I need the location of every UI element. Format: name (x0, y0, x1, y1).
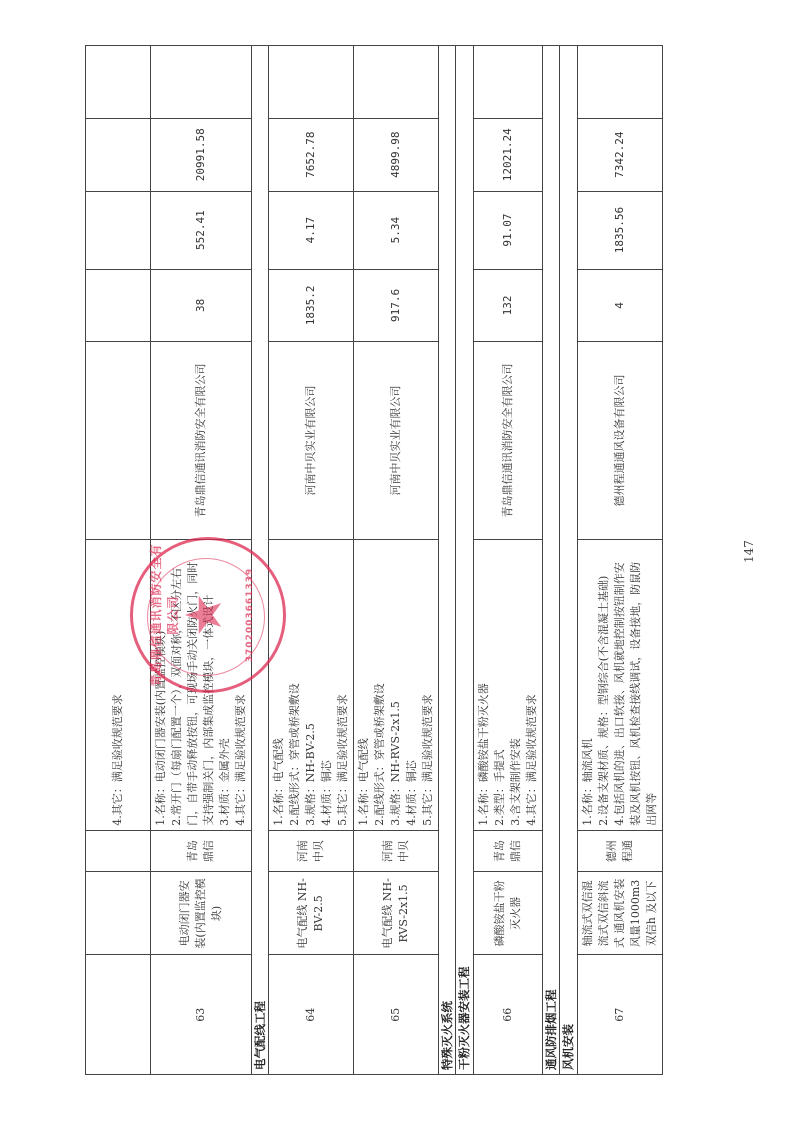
section-header-row: 电气配线工程 (251, 46, 269, 1075)
feature-line: 1.名称：轴流风机 (580, 544, 596, 826)
cell-unit-price: 552.41 (151, 191, 252, 269)
feature-line: 4.其它：满足验收规范要求 (524, 544, 540, 826)
cell-name: 电气配线 NH-RVS-2x1.5 (353, 872, 438, 955)
cell-features: 1.名称：电气配线2.配线形式：穿管或桥架敷设3.规格：NH-RVS-2x1.5… (353, 539, 438, 830)
cell-unit-price: 4.17 (269, 191, 354, 269)
cell-manufacturer: 青岛鼎信通讯消防安全有限公司 (474, 342, 543, 539)
page-number: 147 (742, 540, 756, 563)
feature-line: 支持强制关门，内部集成监控模块，一体式设计 (201, 544, 217, 826)
cell-brand (86, 830, 151, 872)
feature-line: 1.名称：磷酸铵盐干粉灭火器 (476, 544, 492, 826)
table-row: 67轴流式双信混流式双信斜流式 通风机安装 风量1000m3双信h 及以下德州程… (578, 46, 663, 1075)
feature-line: 4.包括风机的进、出口软接、风机就地控制按钮制作安 (612, 544, 628, 826)
cell-brand: 青岛鼎信 (151, 830, 252, 872)
feature-line: 5.其它：满足验收规范要求 (420, 544, 436, 826)
feature-line: 4.其它：满足验收规范要求 (233, 544, 249, 826)
cell-quantity (86, 269, 151, 342)
cell-name: 磷酸铵盐干粉灭火器 (474, 872, 543, 955)
cell-brand: 河南中贝 (353, 830, 438, 872)
cell-unit-price: 91.07 (474, 191, 543, 269)
cell-manufacturer (86, 342, 151, 539)
feature-line: 3.规格：NH-BV-2.5 (303, 544, 319, 826)
cell-name: 电动闭门器安装(内置监控模块) (151, 872, 252, 955)
cell-manufacturer: 河南中贝实业有限公司 (353, 342, 438, 539)
cell-brand: 青岛鼎信 (474, 830, 543, 872)
feature-line: 装及风机按钮、风机检查接线调试，设备接地，防鼠防 (628, 544, 644, 826)
cell-features: 1.名称：电动闭门器安装(内置监控模块)2.常开门（每扇门配置一个），双面对称，… (151, 539, 252, 830)
table-row: 64电气配线 NH-BV-2.5河南中贝1.名称：电气配线2.配线形式：穿管或桥… (269, 46, 354, 1075)
cell-remark (269, 46, 354, 119)
cell-features: 1.名称：磷酸铵盐干粉灭火器2.类型：手提式3.含支架制作安装4.其它：满足验收… (474, 539, 543, 830)
cell-quantity: 917.6 (353, 269, 438, 342)
feature-line: 2.配线形式：穿管或桥架敷设 (372, 544, 388, 826)
cell-remark (474, 46, 543, 119)
cell-manufacturer: 德州程通通风设备有限公司 (578, 342, 663, 539)
cell-total: 7652.78 (269, 118, 354, 191)
bill-of-quantities-table: 4.其它：满足验收规范要求 63电动闭门器安装(内置监控模块)青岛鼎信1.名称：… (85, 45, 663, 1075)
feature-line: 4.材质：铜芯 (319, 544, 335, 826)
section-header-row: 特殊灭火系统 (438, 46, 456, 1075)
feature-line: 5.其它：满足验收规范要求 (335, 544, 351, 826)
rotated-landscape-page: 4.其它：满足验收规范要求 63电动闭门器安装(内置监控模块)青岛鼎信1.名称：… (0, 0, 794, 1123)
feature-line: 出网等 (644, 544, 660, 826)
cell-remark (151, 46, 252, 119)
feature-line: 1.名称：电气配线 (356, 544, 372, 826)
cell-no: 65 (353, 955, 438, 1075)
cell-name: 电气配线 NH-BV-2.5 (269, 872, 354, 955)
cell-total (86, 118, 151, 191)
table-row: 63电动闭门器安装(内置监控模块)青岛鼎信1.名称：电动闭门器安装(内置监控模块… (151, 46, 252, 1075)
feature-line: 3.规格：NH-RVS-2x1.5 (388, 544, 404, 826)
feature-line: 1.名称：电动闭门器安装(内置监控模块) (153, 544, 169, 826)
section-header-row: 通风防排烟工程 (542, 46, 560, 1075)
cell-name: 轴流式双信混流式双信斜流式 通风机安装 风量1000m3双信h 及以下 (578, 872, 663, 955)
cell-total: 7342.24 (578, 118, 663, 191)
section-header-row: 干粉灭火器安装工程 (456, 46, 474, 1075)
cell-manufacturer: 青岛鼎信通讯消防安全有限公司 (151, 342, 252, 539)
feature-line: 2.配线形式：穿管或桥架敷设 (287, 544, 303, 826)
cell-features: 1.名称：电气配线2.配线形式：穿管或桥架敷设3.规格：NH-BV-2.54.材… (269, 539, 354, 830)
cell-remark (353, 46, 438, 119)
cell-unit-price: 5.34 (353, 191, 438, 269)
table-row: 65电气配线 NH-RVS-2x1.5河南中贝1.名称：电气配线2.配线形式：穿… (353, 46, 438, 1075)
cell-no: 64 (269, 955, 354, 1075)
cell-quantity: 4 (578, 269, 663, 342)
cell-brand: 河南中贝 (269, 830, 354, 872)
feature-line: 2.设备支架材质、规格：型钢综合(不含混凝土基础) (596, 544, 612, 826)
cell-quantity: 38 (151, 269, 252, 342)
feature-line: 4.材质：铜芯 (404, 544, 420, 826)
cell-total: 12021.24 (474, 118, 543, 191)
cell-total: 20991.58 (151, 118, 252, 191)
cell-quantity: 1835.2 (269, 269, 354, 342)
cell-unit-price: 1835.56 (578, 191, 663, 269)
continuation-row: 4.其它：满足验收规范要求 (86, 46, 151, 1075)
cell-no (86, 955, 151, 1075)
cell-quantity: 132 (474, 269, 543, 342)
cell-no: 63 (151, 955, 252, 1075)
feature-line: 2.常开门（每扇门配置一个），双面对称，不区分左右 (169, 544, 185, 826)
cell-no: 67 (578, 955, 663, 1075)
table-row: 66磷酸铵盐干粉灭火器青岛鼎信1.名称：磷酸铵盐干粉灭火器2.类型：手提式3.含… (474, 46, 543, 1075)
section-title: 特殊灭火系统 (438, 46, 456, 1075)
cell-remark (86, 46, 151, 119)
section-title: 电气配线工程 (251, 46, 269, 1075)
section-title: 通风防排烟工程 (542, 46, 560, 1075)
cell-manufacturer: 河南中贝实业有限公司 (269, 342, 354, 539)
cell-total: 4899.98 (353, 118, 438, 191)
feature-line: 3.含支架制作安装 (508, 544, 524, 826)
cell-brand: 德州程通 (578, 830, 663, 872)
section-title: 风机安装 (560, 46, 578, 1075)
section-header-row: 风机安装 (560, 46, 578, 1075)
cell-unit-price (86, 191, 151, 269)
feature-line: 2.类型：手提式 (492, 544, 508, 826)
cell-features: 4.其它：满足验收规范要求 (86, 539, 151, 830)
feature-line: 3.材质：金属外壳 (217, 544, 233, 826)
cell-remark (578, 46, 663, 119)
cell-features: 1.名称：轴流风机2.设备支架材质、规格：型钢综合(不含混凝土基础)4.包括风机… (578, 539, 663, 830)
feature-line: 1.名称：电气配线 (271, 544, 287, 826)
cell-no: 66 (474, 955, 543, 1075)
section-title: 干粉灭火器安装工程 (456, 46, 474, 1075)
feature-line: 门，自带手动释放按钮，可现场手动关闭防火门，同时 (185, 544, 201, 826)
cell-name (86, 872, 151, 955)
